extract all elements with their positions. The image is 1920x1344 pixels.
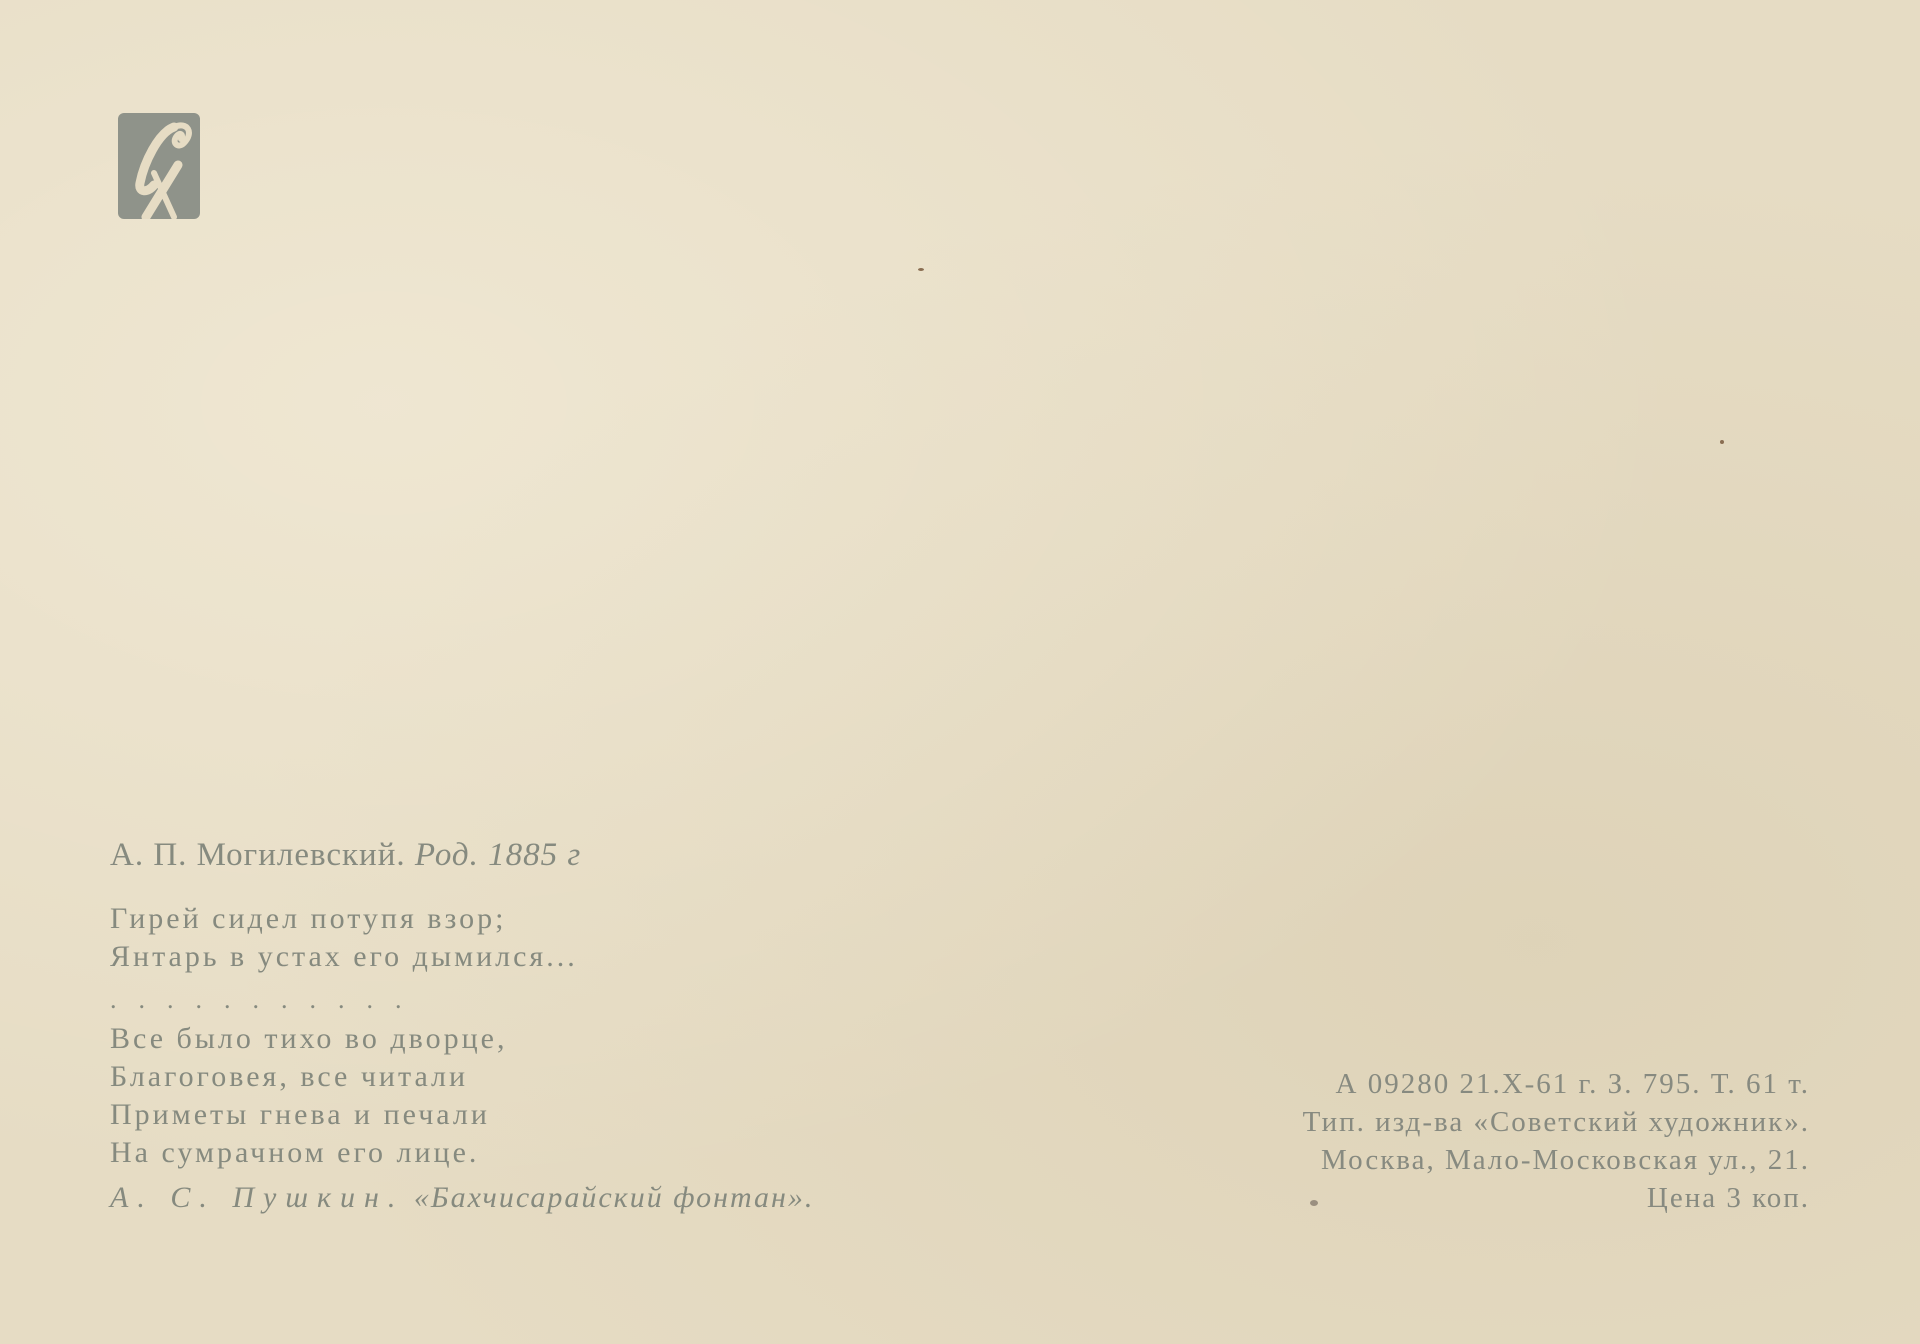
paper-speck	[1310, 1200, 1318, 1206]
artist-birth-year: Род. 1885 г	[415, 837, 581, 873]
poem-quote: Гирей сидел потупя взор; Янтарь в устах …	[110, 900, 1010, 1172]
artist-name: А. П. Могилевский.	[110, 837, 406, 873]
poem-attribution: А. С. Пушкин. «Бахчисарайский фонтан».	[110, 1176, 1010, 1220]
paper-speck	[1720, 440, 1724, 444]
imprint-line: Тип. изд-ва «Советский художник».	[1110, 1103, 1810, 1141]
poem-line: Приметы гнева и печали	[110, 1096, 1010, 1134]
imprint-line: А 09280 21.X-61 г. З. 795. Т. 61 т.	[1110, 1065, 1810, 1103]
publisher-logo-icon	[118, 113, 200, 219]
poem-title: «Бахчисарайский фонтан».	[414, 1181, 815, 1214]
poet-name: А. С. Пушкин.	[110, 1181, 404, 1214]
caption-block: А. П. Могилевский. Род. 1885 г Гирей сид…	[110, 832, 1010, 1220]
poem-line: На сумрачном его лице.	[110, 1134, 1010, 1172]
monogram-icon	[118, 113, 200, 219]
price-line: Цена 3 коп.	[1110, 1179, 1810, 1217]
paper-speck	[918, 268, 924, 271]
ellipsis-dots: ...........	[110, 980, 1010, 1020]
artist-heading: А. П. Могилевский. Род. 1885 г	[110, 832, 1010, 878]
poem-line: Янтарь в устах его дымился...	[110, 938, 1010, 976]
poem-line: Гирей сидел потупя взор;	[110, 900, 1010, 938]
poem-line: Все было тихо во дворце,	[110, 1020, 1010, 1058]
imprint-line: Москва, Мало-Московская ул., 21.	[1110, 1141, 1810, 1179]
imprint-block: А 09280 21.X-61 г. З. 795. Т. 61 т. Тип.…	[1110, 1065, 1810, 1217]
poem-line: Благоговея, все читали	[110, 1058, 1010, 1096]
